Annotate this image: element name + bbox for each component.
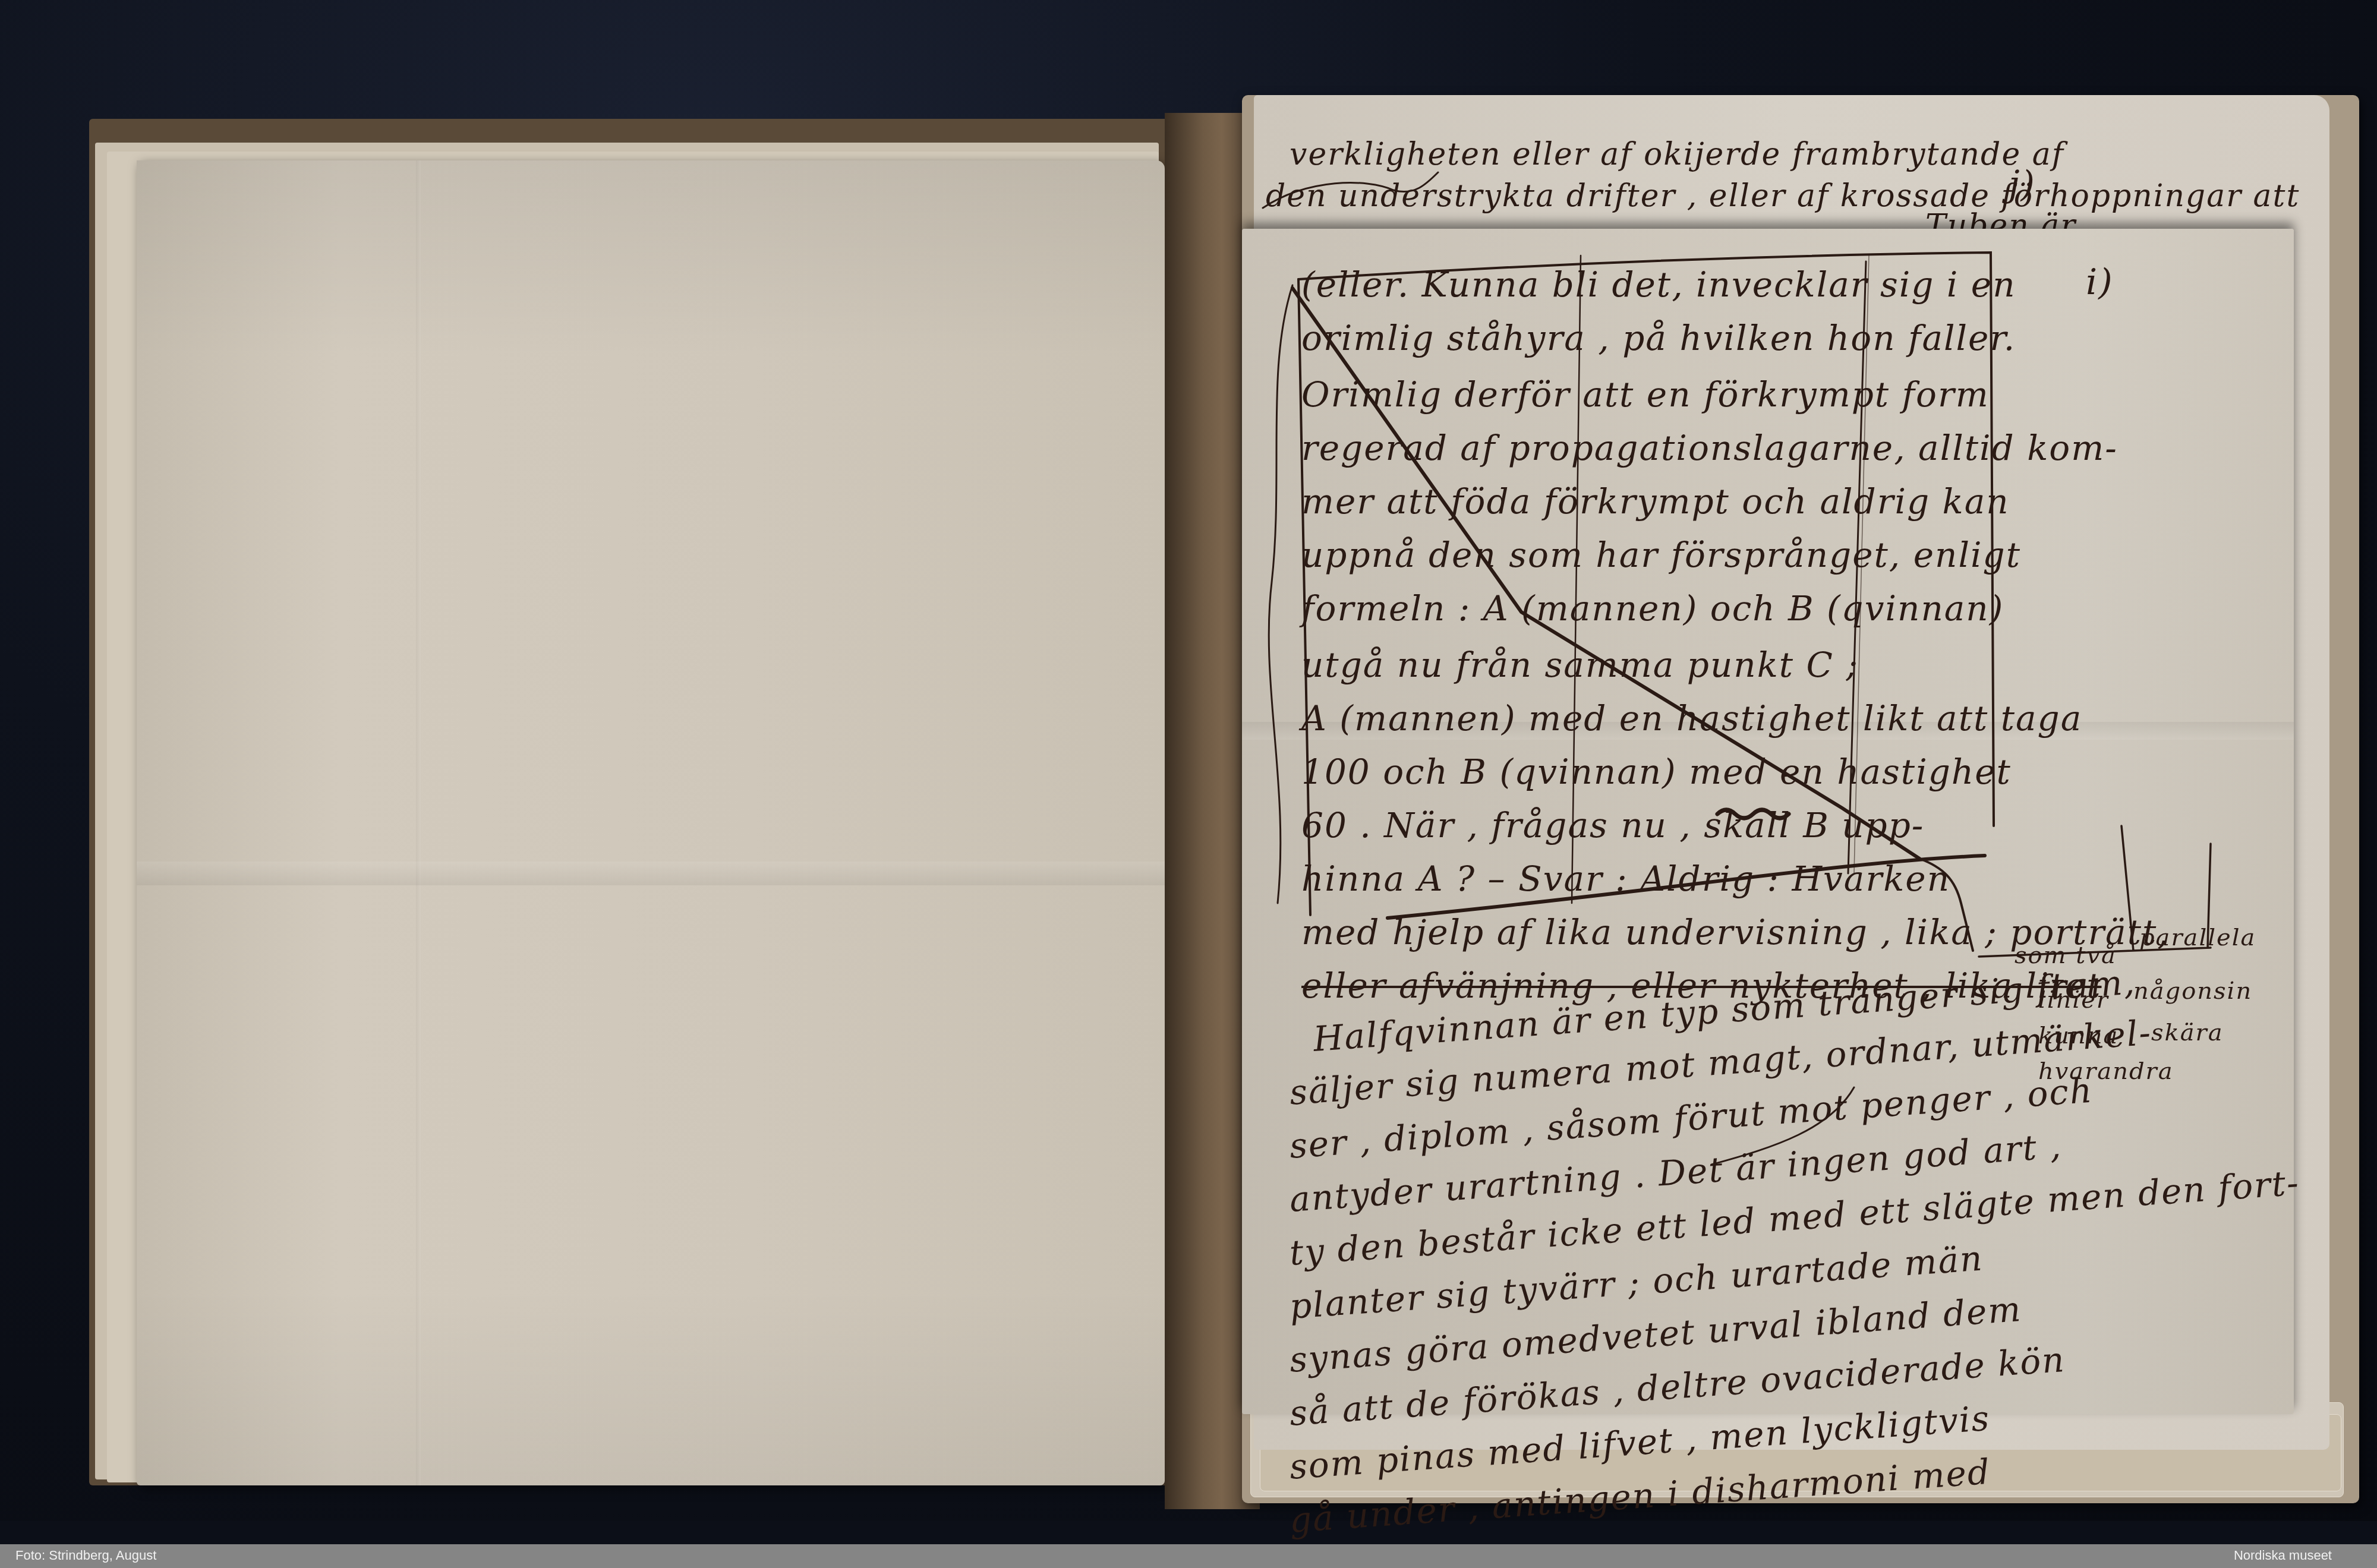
left-blank-page xyxy=(137,160,1165,1485)
margin-note-line: någonsin xyxy=(2133,977,2252,1005)
boxed-line: Orimlig derför att en förkrympt form xyxy=(1301,374,1990,415)
margin-note-line: parallela xyxy=(2139,924,2256,951)
boxed-line: mer att föda förkrympt och aldrig kan xyxy=(1301,481,2010,522)
margin-note-line: skära xyxy=(2151,1019,2224,1046)
boxed-line: A (mannen) med en hastighet likt att tag… xyxy=(1301,698,2082,739)
boxed-line: 100 och B (qvinnan) med en hastighet xyxy=(1301,752,2012,792)
boxed-line: hinna A ? – Svar : Aldrig : Hvarken xyxy=(1301,859,1950,899)
top-manuscript-sheet: i) (eller. Kunna bli det, invecklar sig … xyxy=(1242,229,2294,1414)
photo-caption-bar: Foto: Strindberg, August Nordiska museet xyxy=(0,1544,2377,1568)
boxed-line: orimlig ståhyra , på hvilken hon faller. xyxy=(1301,318,2016,358)
boxed-line: regerad af propagationslagarne, alltid k… xyxy=(1301,428,2118,468)
boxed-line: formeln : A (mannen) och B (qvinnan) xyxy=(1301,588,2004,629)
boxed-line: (eller. Kunna bli det, invecklar sig i e… xyxy=(1301,264,2016,305)
boxed-line: 60 . När , frågas nu , skall B upp- xyxy=(1301,805,1924,845)
photo-credit: Foto: Strindberg, August xyxy=(15,1548,156,1563)
sheet-marker-i: i) xyxy=(2086,261,2114,303)
manuscript-line: den understrykta drifter , eller af kros… xyxy=(1266,178,2300,214)
boxed-line: utgå nu från samma punkt C ; xyxy=(1301,645,1859,685)
boxed-line: uppnå den som har försprånget, enligt xyxy=(1301,535,2021,575)
institution-name: Nordiska museet xyxy=(2234,1548,2332,1563)
paper-fold xyxy=(416,160,421,1485)
manuscript-line: verkligheten eller af okijerde frambryta… xyxy=(1290,137,2064,172)
